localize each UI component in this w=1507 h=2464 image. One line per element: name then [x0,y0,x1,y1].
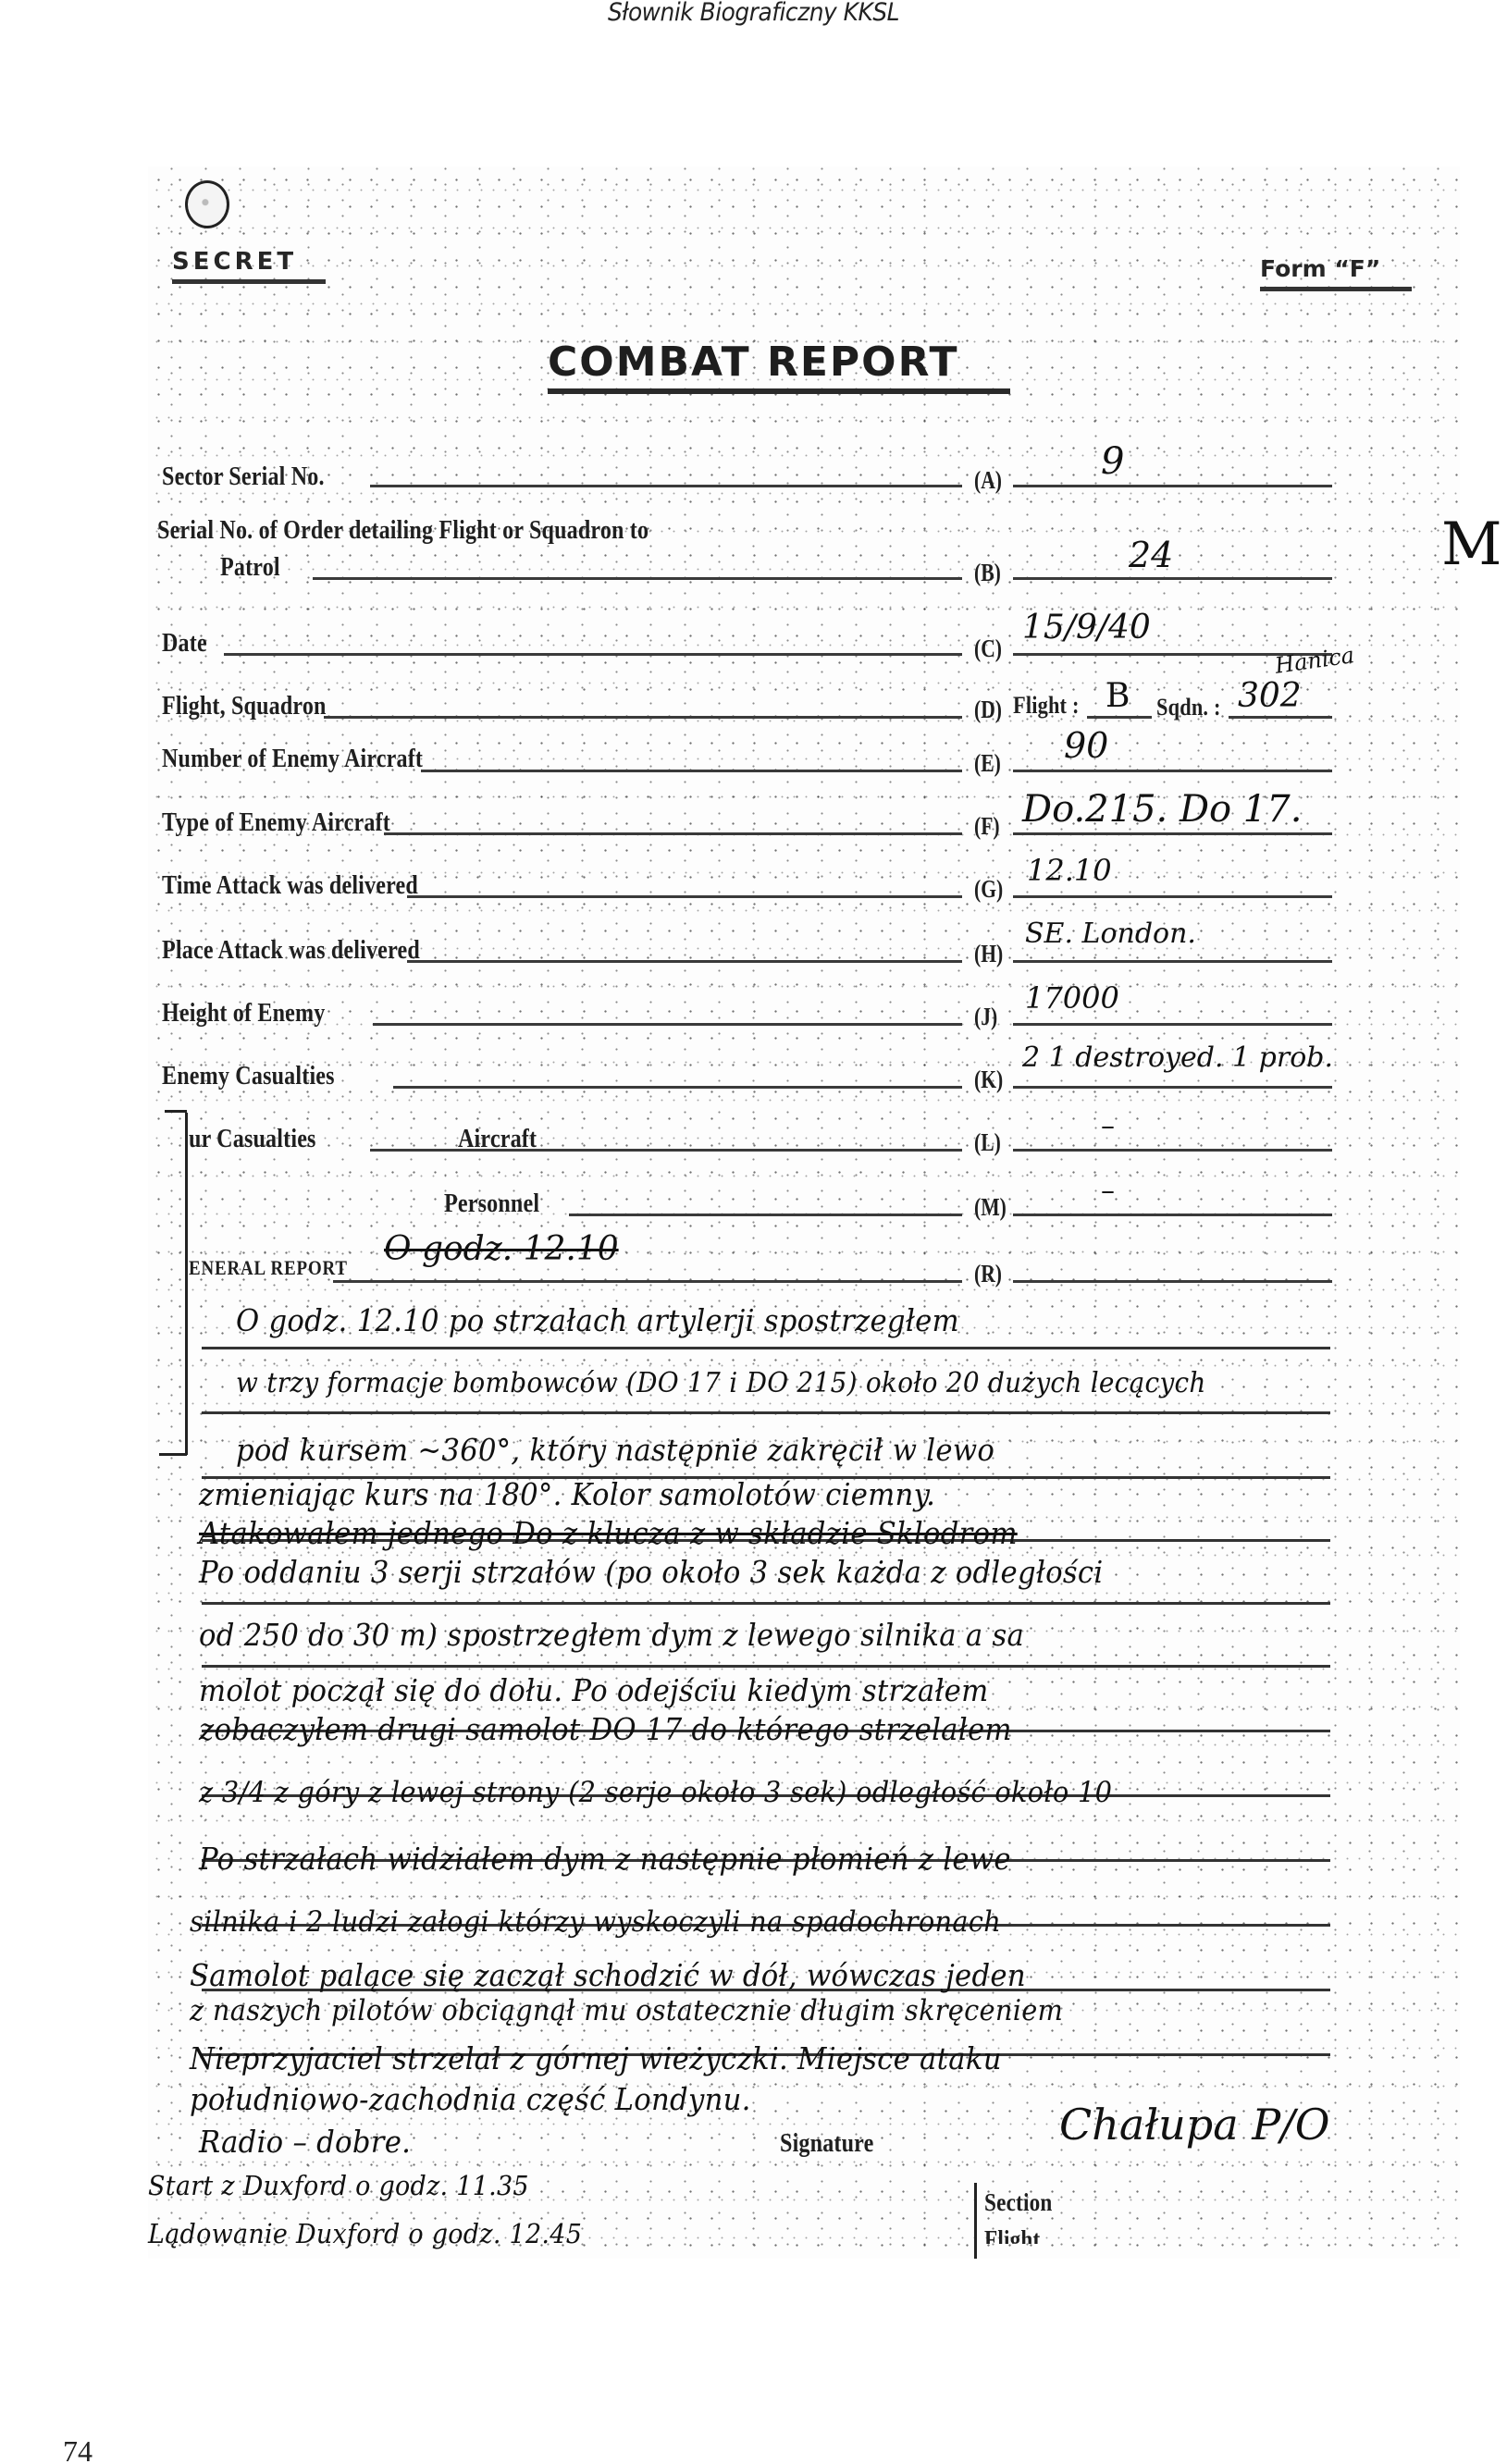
value-line [1087,716,1152,719]
field-value-number-enemy: 90 [1064,725,1108,766]
field-letter-c: (C) [974,634,1002,663]
signature-value: Chałupa P/O [1059,2100,1329,2150]
report-line-13: Samolot palące się zaczął schodzić w dół… [190,1957,1026,1993]
field-letter-h: (H) [974,940,1003,968]
report-line-4: zmieniając kurs na 180°. Kolor samolotów… [199,1476,935,1512]
margin-bracket [185,1113,188,1455]
field-value-type-enemy: Do.215. Do 17. [1022,788,1302,831]
value-line [1013,1149,1332,1152]
field-letter-m: (M) [974,1193,1007,1222]
field-letter-j: (J) [974,1003,997,1031]
value-line [1013,577,1332,580]
value-line [1013,1280,1332,1283]
leader-line [421,770,962,772]
crest-stamp-icon [185,180,229,228]
leader-line [384,832,962,835]
field-label-our-casualties: ur Casualties [189,1125,316,1154]
field-label-serial-order: Serial No. of Order detailing Flight or … [157,516,649,546]
field-value-height-enemy: 17000 [1025,980,1119,1016]
page-title: COMBAT REPORT [548,339,959,386]
field-letter-e: (E) [974,749,1001,778]
field-value-time-attack: 12.10 [1027,853,1112,888]
field-value-serial-order: 24 [1129,535,1173,575]
margin-bracket-bottom [159,1453,187,1456]
field-letter-r: (R) [974,1260,1002,1288]
leader-line [224,653,962,656]
field-label-type-enemy: Type of Enemy Aircraft [162,808,390,838]
flight-value: B [1106,677,1130,715]
section-label: Section [984,2188,1052,2217]
leader-line [569,1214,962,1216]
report-line-1: O godz. 12.10 po strzałach artylerji spo… [236,1302,959,1338]
report-line-10: z 3/4 z góry z lewej strony (2 serje oko… [199,1776,1112,1809]
sqdn-annotation: Hanica [1273,642,1355,679]
report-line-2: w trzy formacje bombowców (DO 17 i DO 21… [236,1367,1206,1399]
margin-bracket-top [165,1110,187,1113]
leader-line [333,1280,962,1283]
field-value-date: 15/9/40 [1022,609,1151,647]
leader-line [370,1149,962,1152]
field-label-patrol: Patrol [220,553,280,583]
field-letter-f: (F) [974,812,1000,841]
field-value-place-attack: SE. London. [1025,918,1196,950]
report-line-17: Radio – dobre. [199,2124,411,2160]
report-line-5-struck: Atakowałem jednego Do z klucza z w skład… [199,1515,1018,1551]
signature-label: Signature [780,2129,873,2159]
ruled-line [202,1665,1330,1668]
field-letter-l: (L) [974,1128,1001,1157]
page-number: 74 [63,2434,93,2464]
leader-line [407,895,962,898]
report-line-16: południowo-zachodnia część Londynu. [190,2081,751,2117]
field-label-personnel: Personnel [444,1189,539,1219]
ruled-line [202,1347,1330,1349]
ruled-line [202,1411,1330,1414]
field-letter-b: (B) [974,559,1001,587]
field-label-time-attack: Time Attack was delivered [162,871,418,901]
report-line-8: molot począł się do dołu. Po odejściu ki… [199,1672,989,1708]
field-value-enemy-casualties: 2 1 destroyed. 1 prob. [1022,1041,1333,1074]
field-label-enemy-casualties: Enemy Casualties [162,1062,335,1091]
leader-line [313,577,962,580]
field-label-flight-squadron: Flight, Squadron [162,692,327,721]
leader-line [407,960,962,963]
report-line-14: z naszych pilotów obciągnął mu ostateczn… [190,1994,1063,2027]
report-line-7: od 250 do 30 m) spostrzegłem dym z leweg… [199,1617,1024,1653]
general-report-heading-note: O godz. 12.10 [384,1230,619,1268]
field-letter-k: (K) [974,1066,1003,1094]
report-line-6: Po oddaniu 3 serji strzałów (po około 3 … [199,1554,1103,1590]
report-line-3: pod kursem ~360°, który następnie zakręc… [236,1432,994,1468]
value-line [1013,832,1332,835]
value-line [1013,960,1332,963]
value-line [1013,485,1332,487]
field-value-our-aircraft: – [1101,1110,1115,1142]
field-letter-g: (G) [974,875,1003,904]
flight-sub-label: Flight : [1013,692,1080,720]
field-label-general-report: ENERAL REPORT [189,1256,348,1280]
flight-label-cut: Flight [984,2225,1040,2244]
ruled-line [202,1602,1330,1605]
form-id: Form “F” [1260,255,1380,282]
value-line [1013,770,1332,772]
value-line [1013,1086,1332,1089]
field-label-date: Date [162,629,207,659]
value-line [1013,1214,1332,1216]
leader-line [373,1023,962,1026]
sqdn-sub-label: Sqdn. : [1156,694,1221,721]
footer-note-takeoff: Start z Duxford o godz. 11.35 [148,2170,529,2201]
classification-label: SECRET [172,248,297,276]
leader-line [324,716,962,719]
classification-underline [172,279,326,284]
field-label-sector-serial: Sector Serial No. [162,462,325,492]
section-brace [974,2183,977,2259]
leader-line [393,1086,962,1089]
form-id-underline [1260,287,1412,291]
field-label-number-enemy: Number of Enemy Aircraft [162,745,423,774]
value-line [1013,895,1332,898]
value-line [1013,1023,1332,1026]
title-underline [548,388,1010,394]
field-label-height-enemy: Height of Enemy [162,999,325,1029]
footer-note-landing: Lądowanie Duxford o godz. 12.45 [148,2218,582,2249]
sqdn-value: 302 [1238,677,1302,715]
report-line-9: zobaczyłem drugi samolot DO 17 do któreg… [199,1711,1012,1747]
report-line-11: Po strzałach widziałem dym z następnie p… [199,1841,1011,1877]
report-line-15: Nieprzyjaciel strzelał z górnej wieżyczk… [190,2040,1002,2076]
margin-mark: M [1441,511,1502,579]
field-value-our-personnel: – [1101,1175,1115,1207]
leader-line [370,485,962,487]
running-head: Słownik Biograficzny KKSL [60,0,1447,31]
field-letter-d: (D) [974,696,1002,724]
report-line-12: silnika i 2 ludzi załogi którzy wyskoczy… [190,1905,1001,1939]
field-letter-a: (A) [974,466,1002,495]
value-line [1229,716,1332,719]
combat-report-scan: SECRET Form “F” COMBAT REPORT Sector Ser… [148,166,1460,2259]
field-value-sector-serial: 9 [1101,440,1124,483]
field-label-place-attack: Place Attack was delivered [162,936,420,966]
